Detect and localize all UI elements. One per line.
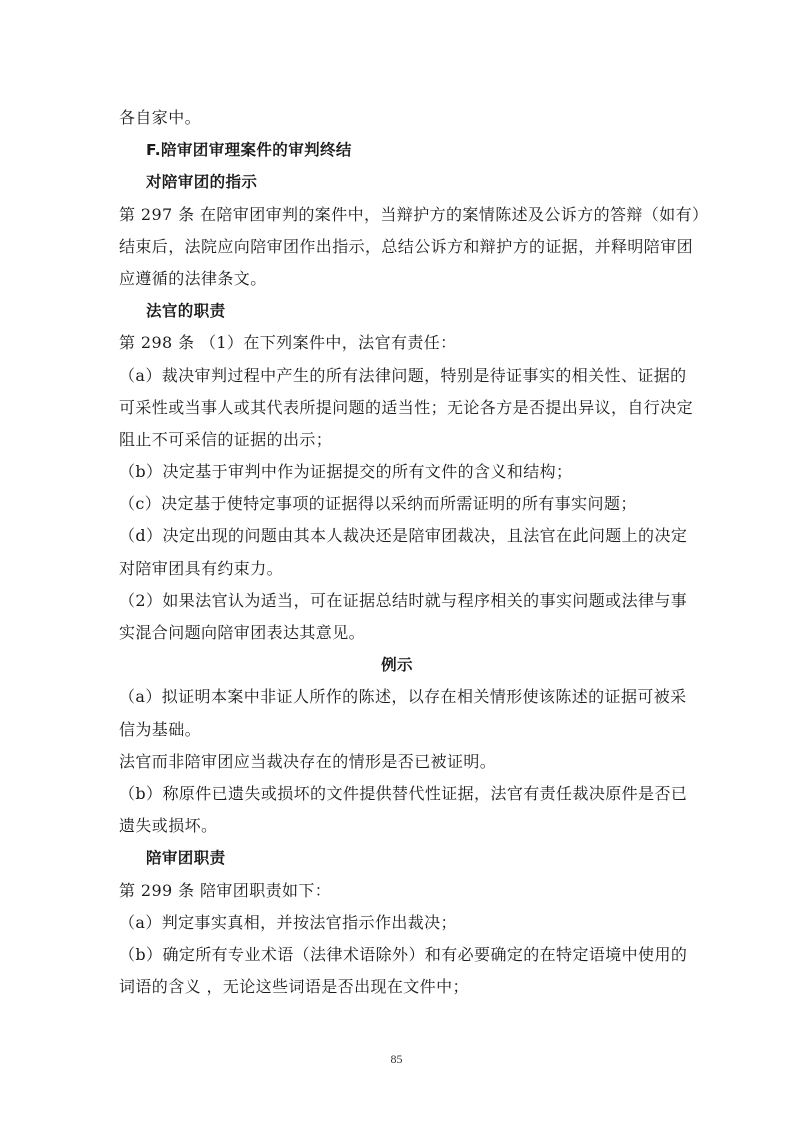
text-line: （a）拟证明本案中非证人所作的陈述，以存在相关情形使该陈述的证据可被采 [119,681,675,713]
article-298-line: 第 298 条 （1）在下列案件中，法官有责任： [119,327,675,359]
text-line: （b）确定所有专业术语（法律术语除外）和有必要确定的在特定语境中使用的 [119,939,675,971]
text-line: （c）决定基于使特定事项的证据得以采纳而所需证明的所有事实问题； [119,488,675,520]
text-line: （d）决定出现的问题由其本人裁决还是陪审团裁决，且法官在此问题上的决定 [119,520,675,552]
text-line: 法官而非陪审团应当裁决存在的情形是否已被证明。 [119,746,675,778]
text-line: 遗失或损坏。 [119,810,675,842]
text-line: 可采性或当事人或其代表所提问题的适当性；无论各方是否提出异议，自行决定 [119,392,675,424]
subsection-heading: 陪审团职责 [119,842,675,874]
text-line: （a）裁决审判过程中产生的所有法律问题，特别是待证事实的相关性、证据的 [119,360,675,392]
text-line: （b）称原件已遗失或损坏的文件提供替代性证据，法官有责任裁决原件是否已 [119,778,675,810]
text-line: 各自家中。 [119,102,675,134]
text-line: （a）判定事实真相，并按法官指示作出裁决； [119,907,675,939]
text-line: （b）决定基于审判中作为证据提交的所有文件的含义和结构； [119,456,675,488]
text-line: 结束后，法院应向陪审团作出指示，总结公诉方和辩护方的证据，并释明陪审团 [119,231,675,263]
text-line: 词语的含义 ，无论这些词语是否出现在文件中； [119,971,675,1003]
subsection-heading: 对陪审团的指示 [119,166,675,198]
text-line: 阻止不可采信的证据的出示； [119,424,675,456]
section-heading: F.陪审团审理案件的审判终结 [119,134,675,166]
illustration-heading: 例示 [119,649,675,681]
subsection-heading: 法官的职责 [119,295,675,327]
text-line: 信为基础。 [119,714,675,746]
text-line: 应遵循的法律条文。 [119,263,675,295]
article-299-line: 第 299 条 陪审团职责如下： [119,875,675,907]
article-297-line: 第 297 条 在陪审团审判的案件中，当辩护方的案情陈述及公诉方的答辩（如有） [119,199,675,231]
text-line: （2）如果法官认为适当，可在证据总结时就与程序相关的事实问题或法律与事 [119,585,675,617]
page-number: 85 [0,1052,793,1067]
text-line: 实混合问题向陪审团表达其意见。 [119,617,675,649]
document-page: 各自家中。 F.陪审团审理案件的审判终结 对陪审团的指示 第 297 条 在陪审… [119,102,675,1003]
text-line: 对陪审团具有约束力。 [119,553,675,585]
